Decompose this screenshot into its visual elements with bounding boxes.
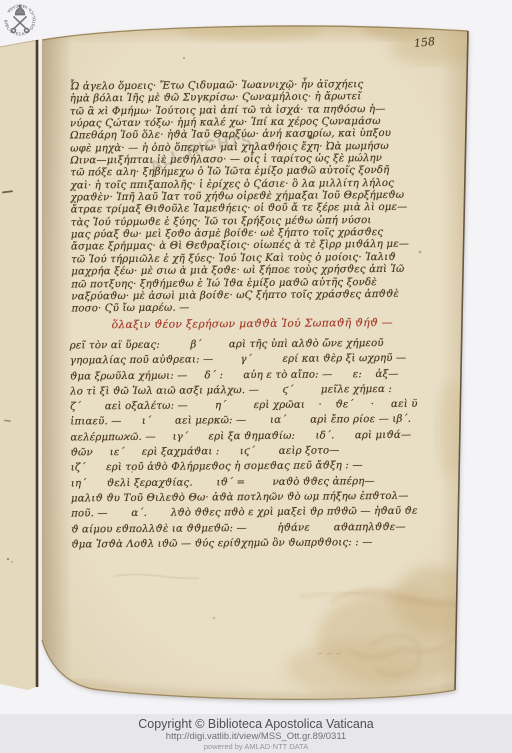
show-through — [318, 653, 341, 654]
footer-text: Copyright © Biblioteca Apostolica Vatica… — [0, 717, 512, 751]
stain-water — [286, 642, 414, 694]
powered-by-line: powered by AMLAD·NTT DATA — [0, 742, 512, 751]
speck — [308, 135, 312, 139]
manuscript-page — [30, 15, 480, 715]
copyright-line: Copyright © Biblioteca Apostolica Vatica… — [0, 717, 512, 731]
speck — [419, 251, 422, 254]
facing-page-edge — [0, 40, 38, 690]
speck — [183, 57, 185, 59]
book-scan — [0, 0, 512, 753]
facing-page-ink-mark — [11, 561, 13, 563]
gutter-shadow — [38, 25, 72, 695]
facing-page-ink-mark — [7, 558, 9, 560]
footer-bar: Copyright © Biblioteca Apostolica Vatica… — [0, 714, 512, 753]
vatican-library-logo-right: BIBLIOTECA APOSTOLICA VATICANA — [0, 0, 40, 40]
speck — [213, 617, 215, 619]
speck — [131, 471, 133, 473]
speck — [351, 523, 353, 525]
source-url: http://digi.vatlib.it/view/MSS_Ott.gr.89… — [0, 731, 512, 742]
folio-number: 158 — [413, 35, 435, 50]
scan-viewport: Ὦ ἀγελο ὅμοεις· Ἔτω Ϛιδυμαῶ· Ἰωαννιχῷ· ἦ… — [0, 0, 512, 753]
